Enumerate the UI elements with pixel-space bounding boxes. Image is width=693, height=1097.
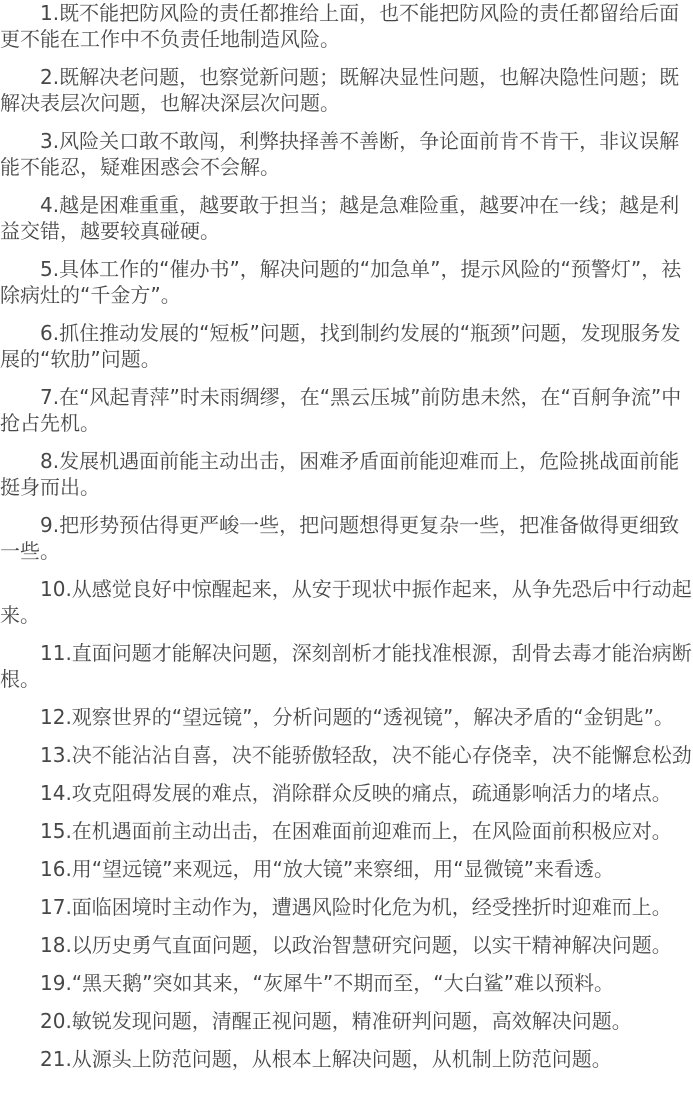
paragraph-item: 19.“黑天鹅”突如其来，“灰犀牛”不期而至，“大白鲨”难以预料。 xyxy=(0,970,693,996)
paragraph-item: 7.在“风起青萍”时未雨绸缪，在“黑云压城”前防患未然，在“百舸争流”中抢占先机… xyxy=(0,384,693,436)
paragraph-item: 18.以历史勇气直面问题，以政治智慧研究问题，以实干精神解决问题。 xyxy=(0,932,693,958)
paragraph-item: 6.抓住推动发展的“短板”问题，找到制约发展的“瓶颈”问题，发现服务发展的“软肋… xyxy=(0,320,693,372)
paragraph-item: 21.从源头上防范问题，从根本上解决问题，从机制上防范问题。 xyxy=(0,1046,693,1072)
paragraph-item: 9.把形势预估得更严峻一些，把问题想得更复杂一些，把准备做得更细致一些。 xyxy=(0,512,693,564)
paragraph-item: 13.决不能沾沾自喜，决不能骄傲轻敌，决不能心存侥幸，决不能懈怠松劲 xyxy=(0,742,693,768)
paragraph-item: 15.在机遇面前主动出击，在困难面前迎难而上，在风险面前积极应对。 xyxy=(0,818,693,844)
paragraph-item: 17.面临困境时主动作为，遭遇风险时化危为机，经受挫折时迎难而上。 xyxy=(0,894,693,920)
paragraph-item: 4.越是困难重重，越要敢于担当；越是急难险重，越要冲在一线；越是利益交错，越要较… xyxy=(0,192,693,244)
paragraph-item: 16.用“望远镜”来观远，用“放大镜”来察细，用“显微镜”来看透。 xyxy=(0,856,693,882)
paragraph-item: 5.具体工作的“催办书”，解决问题的“加急单”，提示风险的“预警灯”，祛除病灶的… xyxy=(0,256,693,308)
paragraph-item: 8.发展机遇面前能主动出击，困难矛盾面前能迎难而上，危险挑战面前能挺身而出。 xyxy=(0,448,693,500)
paragraph-item: 11.直面问题才能解决问题，深刻剖析才能找准根源，刮骨去毒才能治病断根。 xyxy=(0,640,693,692)
document-page: 1.既不能把防风险的责任都推给上面，也不能把防风险的责任都留给后面更不能在工作中… xyxy=(0,0,693,1087)
paragraph-item: 3.风险关口敢不敢闯，利弊抉择善不善断，争论面前肯不肯干，非议误解能不能忍，疑难… xyxy=(0,128,693,180)
paragraph-item: 10.从感觉良好中惊醒起来，从安于现状中振作起来，从争先恐后中行动起来。 xyxy=(0,576,693,628)
paragraph-item: 14.攻克阻碍发展的难点，消除群众反映的痛点，疏通影响活力的堵点。 xyxy=(0,780,693,806)
paragraph-item: 12.观察世界的“望远镜”，分析问题的“透视镜”，解决矛盾的“金钥匙”。 xyxy=(0,704,693,730)
paragraph-item: 2.既解决老问题，也察觉新问题；既解决显性问题，也解决隐性问题；既解决表层次问题… xyxy=(0,64,693,116)
paragraph-item: 1.既不能把防风险的责任都推给上面，也不能把防风险的责任都留给后面更不能在工作中… xyxy=(0,0,693,52)
paragraph-item: 20.敏锐发现问题，清醒正视问题，精准研判问题，高效解决问题。 xyxy=(0,1008,693,1034)
